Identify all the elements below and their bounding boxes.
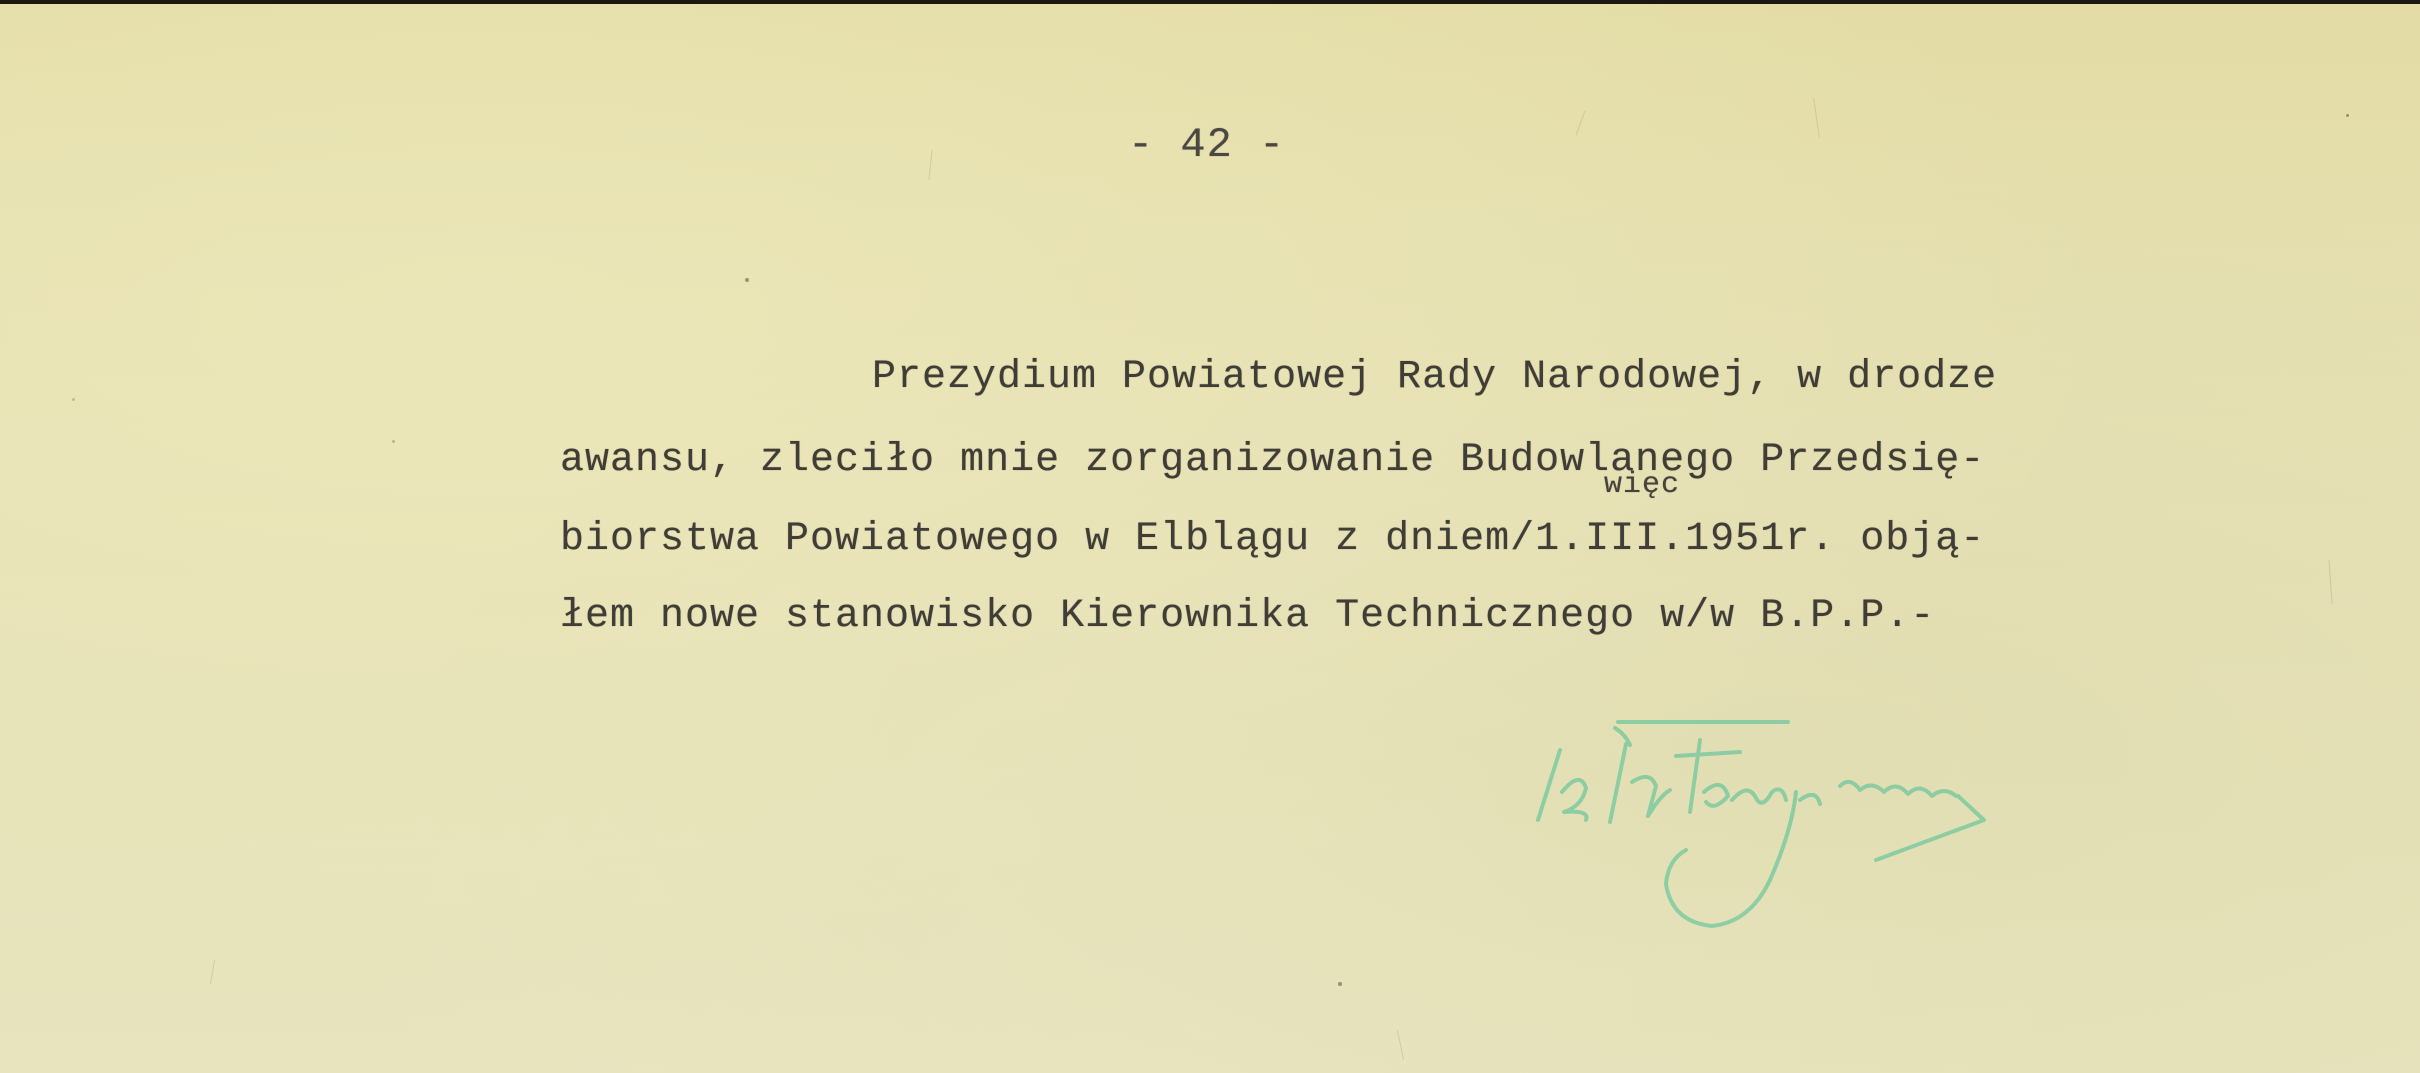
handwritten-signature xyxy=(1500,700,2260,950)
page-number: - 42 - xyxy=(1128,124,1285,166)
paper-speck xyxy=(392,440,395,443)
paper-speck xyxy=(72,398,75,401)
paper-fiber xyxy=(210,960,215,984)
paper-speck xyxy=(2346,114,2349,117)
scanned-document-page: - 42 - Prezydium Powiatowej Rady Narodow… xyxy=(0,0,2420,1073)
paper-fiber xyxy=(928,150,932,180)
scan-top-edge xyxy=(0,0,2420,4)
paragraph-line-3: biorstwa Powiatowego w Elblągu z dniem/1… xyxy=(560,520,1985,560)
paper-fiber xyxy=(1576,111,1586,136)
paper-fiber xyxy=(2328,560,2332,604)
paper-fiber xyxy=(1397,1030,1404,1060)
paragraph-line-1: Prezydium Powiatowej Rady Narodowej, w d… xyxy=(872,358,1997,398)
paper-fiber xyxy=(1813,98,1820,138)
interlinear-insertion: więc xyxy=(1604,470,1680,500)
paper-speck xyxy=(1338,982,1342,986)
paragraph-line-2: awansu, zleciło mnie zorganizowanie Budo… xyxy=(560,441,1985,481)
paragraph-line-4: łem nowe stanowisko Kierownika Techniczn… xyxy=(560,597,1935,637)
paper-speck xyxy=(745,278,749,282)
